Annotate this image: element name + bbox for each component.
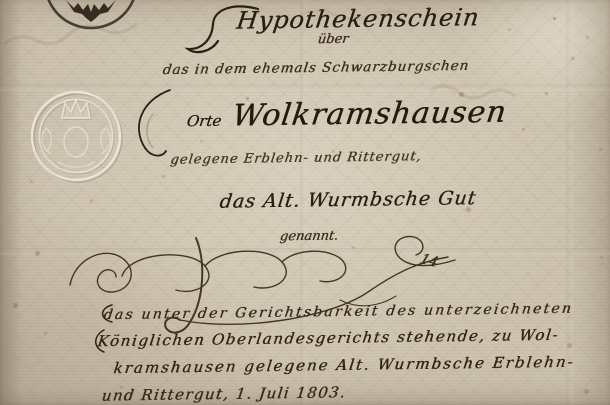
court-line-3: kramshausen gelegene Alt. Wurmbsche Erbl… [112,353,575,377]
foxing-spots [0,0,3,3]
place-line: Orte Wolkramshausen [135,94,558,135]
estate-line: gelegene Erblehn- und Rittergut, [149,149,443,168]
initial-letter-swashes [96,6,258,352]
subtitle-line: über [282,31,384,47]
crown-icon [63,101,91,119]
shield-icon [64,127,88,157]
gut-line: das Alt. Wurmbsche Gut [198,187,497,213]
paper-crease [0,248,610,255]
genannt-line: genannt. [249,228,369,245]
court-line-2: Königlichen Oberlandesgerichts stehende,… [96,326,560,350]
place-name: Wolkramshausen [230,95,509,134]
region-line: das in dem ehemals Schwarzburgschen [144,58,489,79]
eagle-icon [66,0,116,22]
paper-fold [566,0,573,405]
eagle-ink-stamp [45,0,137,28]
place-prefix: Orte [186,112,223,130]
paper-crease [0,84,610,91]
date-line: und Rittergut, 1. Juli 1803. [101,383,348,404]
pen-mark: 14 [418,251,441,271]
title-line: Hypothekenschein [220,3,496,35]
embossed-seal [32,92,122,182]
manuscript-photo: Hypothekenschein über das in dem ehemals… [0,0,610,405]
court-line-1: das unter der Gerichtsbarkeit des unterz… [103,301,575,324]
